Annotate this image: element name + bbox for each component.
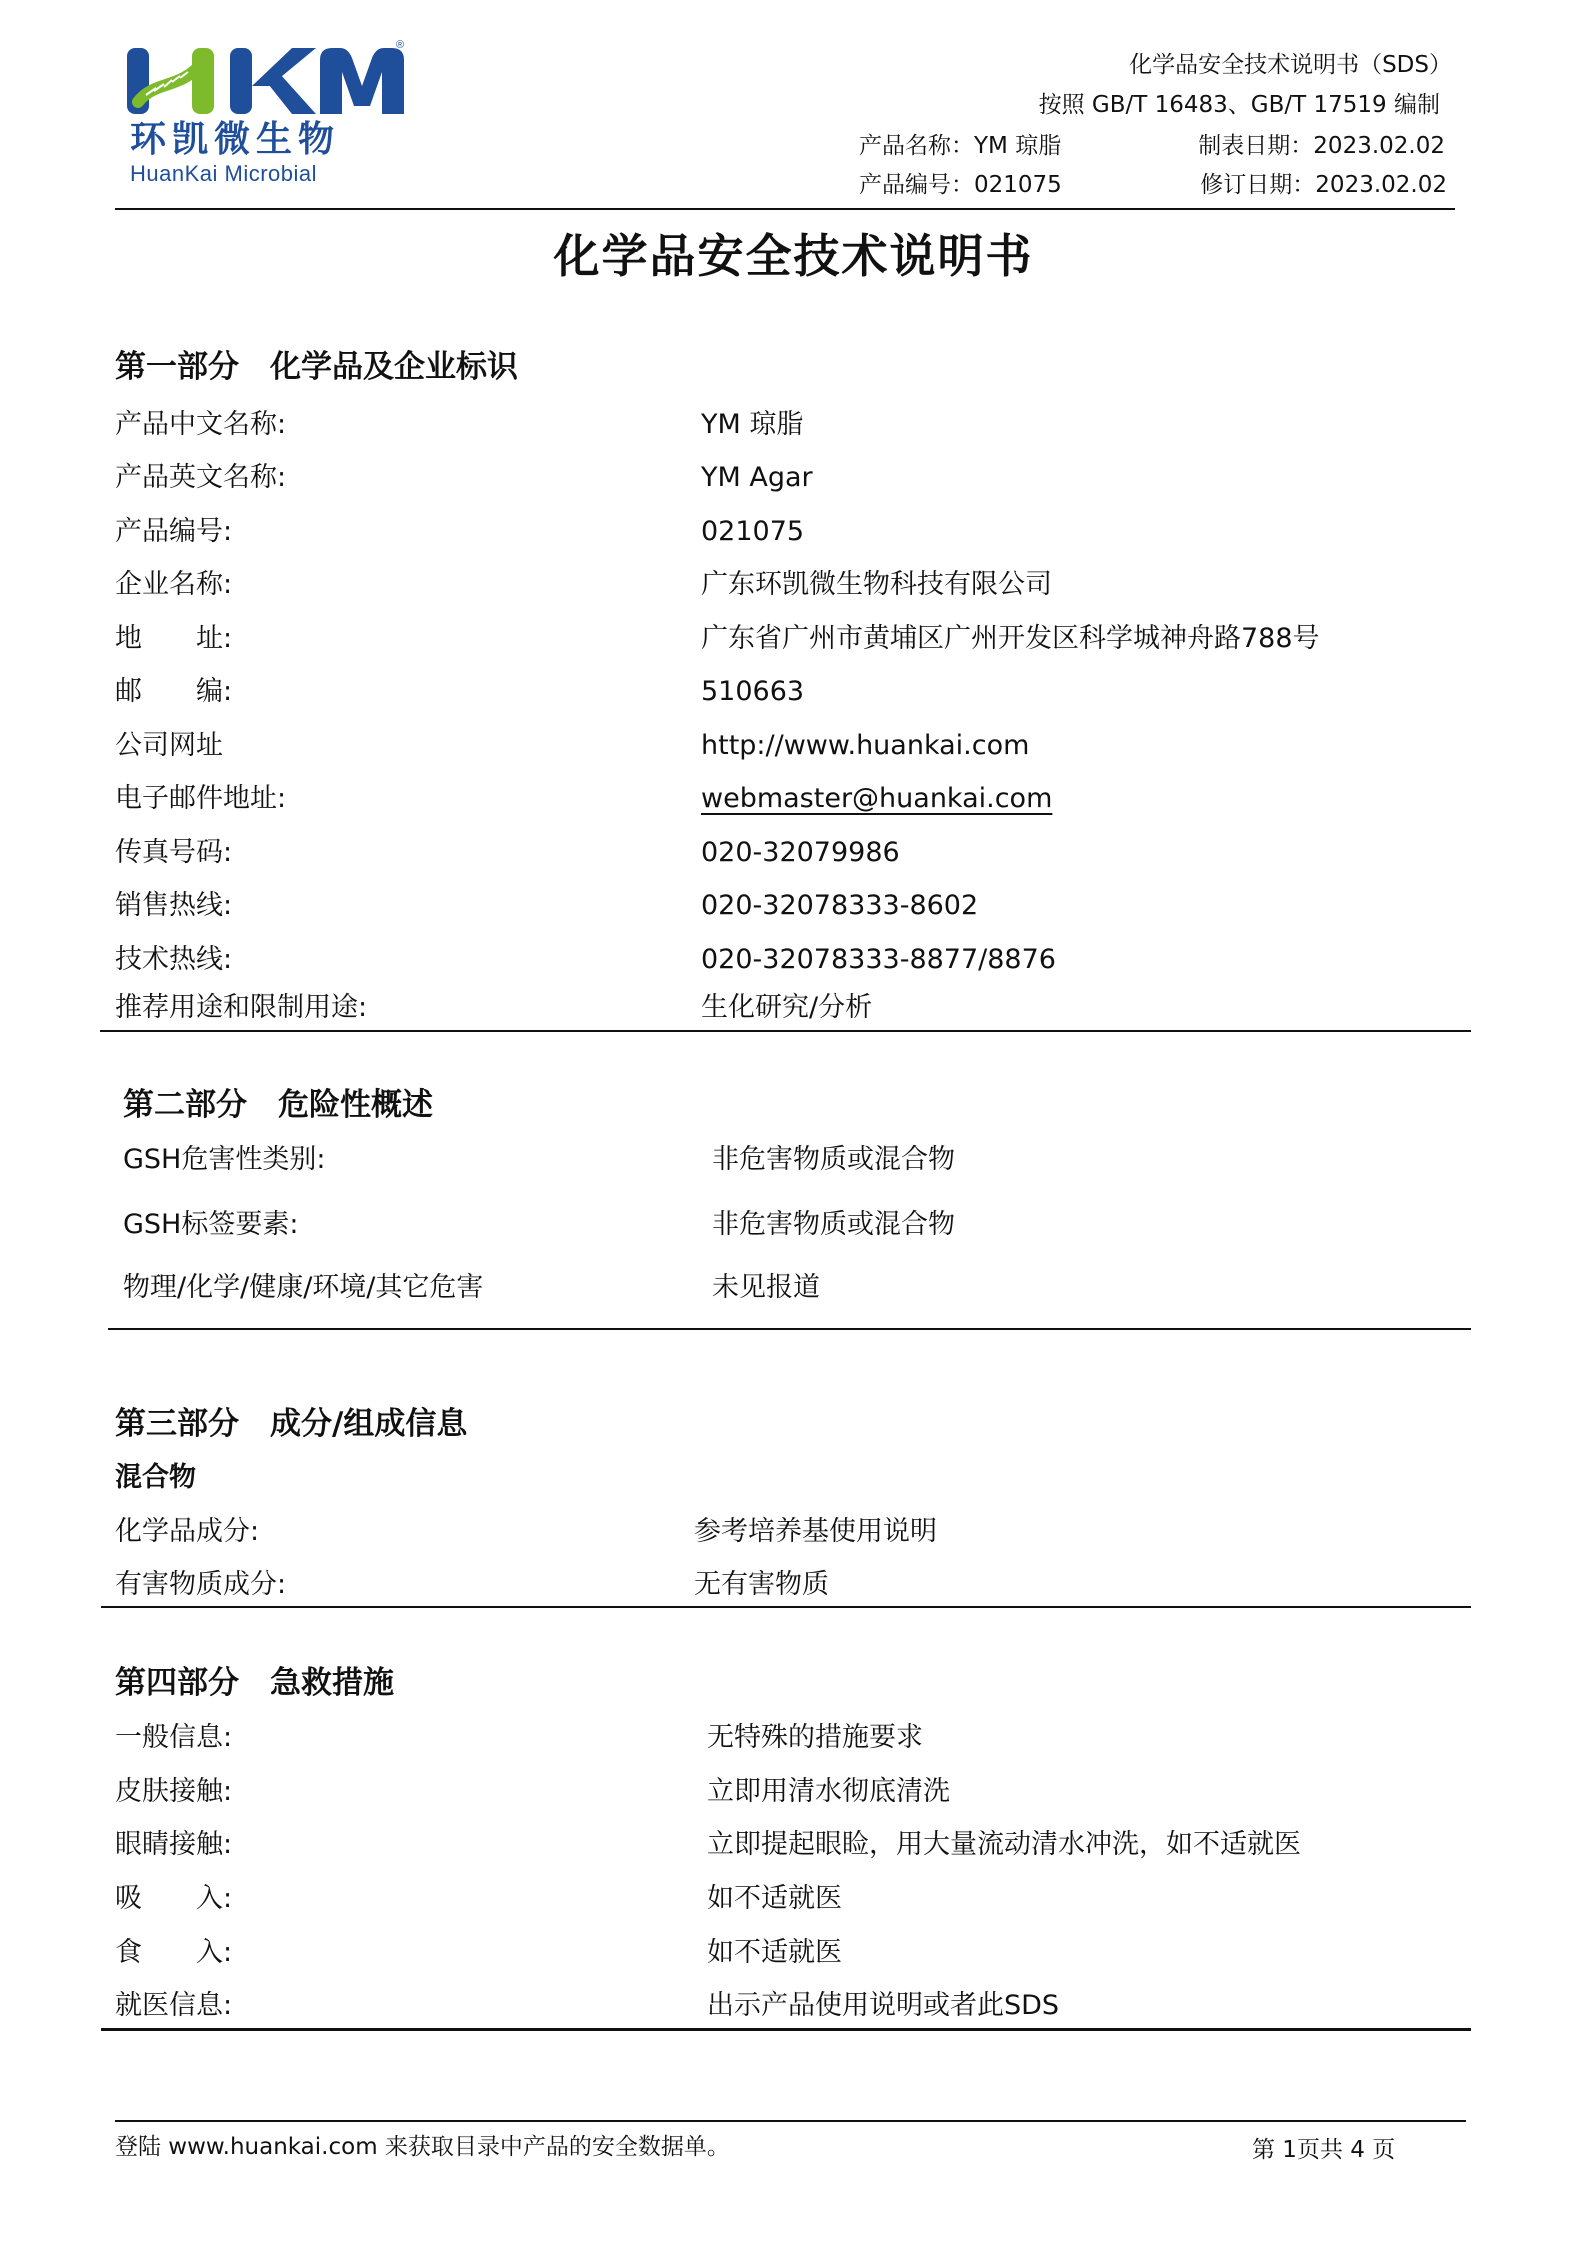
row-value: 510663	[701, 674, 804, 710]
row-label: 一般信息:	[115, 1720, 232, 1756]
row-value: 无有害物质	[694, 1567, 829, 1603]
row-label: 推荐用途和限制用途:	[115, 990, 367, 1026]
row-value: 非危害物质或混合物	[712, 1207, 955, 1243]
header-divider	[115, 208, 1455, 210]
product-code-label: 产品编号：	[859, 172, 974, 198]
section-3-title: 第三部分 成分/组成信息	[115, 1404, 467, 1444]
website-link[interactable]: http://www.huankai.com	[701, 728, 1029, 764]
row-value: 参考培养基使用说明	[694, 1514, 937, 1550]
standard-note: 按照 GB/T 16483、GB/T 17519 编制	[1039, 90, 1440, 120]
row-label: GSH标签要素:	[123, 1207, 298, 1243]
row-value: YM Agar	[701, 460, 813, 496]
row-value: 广东环凯微生物科技有限公司	[701, 567, 1052, 603]
row-label: 产品中文名称:	[115, 407, 286, 443]
row-value: 立即用清水彻底清洗	[707, 1774, 950, 1810]
created-date-label: 制表日期：	[1198, 133, 1313, 159]
header-product-code: 产品编号：021075	[859, 170, 1062, 200]
footer-note: 登陆 www.huankai.com 来获取目录中产品的安全数据单。	[115, 2132, 730, 2162]
row-label: GSH危害性类别:	[123, 1142, 325, 1178]
row-label: 技术热线:	[115, 942, 232, 978]
svg-text:®: ®	[396, 40, 404, 51]
row-label: 眼睛接触:	[115, 1827, 232, 1863]
row-label: 产品英文名称:	[115, 460, 286, 496]
section-1-title: 第一部分 化学品及企业标识	[115, 347, 518, 387]
row-value: 020-32079986	[701, 835, 900, 871]
row-value: 出示产品使用说明或者此SDS	[707, 1988, 1059, 2024]
section-1-divider	[100, 1030, 1471, 1032]
row-label: 销售热线:	[115, 888, 232, 924]
product-code-value: 021075	[974, 172, 1062, 198]
row-label: 有害物质成分:	[115, 1567, 286, 1603]
section-4-divider	[101, 2028, 1471, 2031]
created-date-value: 2023.02.02	[1313, 133, 1445, 159]
row-label: 化学品成分:	[115, 1514, 259, 1550]
row-label: 皮肤接触:	[115, 1774, 232, 1810]
logo-cn-name: 环凯微生物	[130, 120, 340, 160]
header-revised-date: 修订日期：2023.02.02	[1200, 170, 1447, 200]
row-value: 020-32078333-8602	[701, 888, 978, 924]
row-label: 产品编号:	[115, 514, 232, 550]
section-2-title: 第二部分 危险性概述	[123, 1085, 433, 1125]
row-value: 广东省广州市黄埔区广州开发区科学城神舟路788号	[701, 621, 1320, 657]
row-value: 非危害物质或混合物	[712, 1142, 955, 1178]
row-value: YM 琼脂	[701, 407, 803, 443]
section-3-divider	[101, 1606, 1471, 1608]
section-4-title: 第四部分 急救措施	[115, 1663, 394, 1703]
row-label: 就医信息:	[115, 1988, 232, 2024]
row-label: 地 址:	[115, 621, 232, 657]
section-3-subtitle: 混合物	[115, 1460, 196, 1496]
email-link[interactable]: webmaster@huankai.com	[701, 781, 1052, 817]
row-value: 021075	[701, 514, 804, 550]
row-label: 公司网址	[115, 728, 223, 764]
row-value: 如不适就医	[707, 1881, 842, 1917]
row-value: 无特殊的措施要求	[707, 1720, 923, 1756]
row-value: 未见报道	[712, 1270, 820, 1306]
row-label: 企业名称:	[115, 567, 232, 603]
row-label: 邮 编:	[115, 674, 232, 710]
row-label: 食 入:	[115, 1935, 232, 1971]
revised-date-value: 2023.02.02	[1315, 172, 1447, 198]
row-label: 传真号码:	[115, 835, 232, 871]
page-number: 第 1页共 4 页	[1252, 2135, 1395, 2165]
company-logo: ® 环凯微生物 HuanKai Microbial	[120, 40, 410, 190]
document-title: 化学品安全技术说明书	[0, 228, 1587, 284]
section-2-divider	[108, 1328, 1471, 1330]
doc-type: 化学品安全技术说明书（SDS）	[1129, 50, 1452, 80]
header-product-name: 产品名称：YM 琼脂	[859, 131, 1061, 161]
row-value: 如不适就医	[707, 1935, 842, 1971]
header-created-date: 制表日期：2023.02.02	[1198, 131, 1445, 161]
row-label: 物理/化学/健康/环境/其它危害	[123, 1270, 483, 1306]
revised-date-label: 修订日期：	[1200, 172, 1315, 198]
logo-en-name: HuanKai Microbial	[130, 161, 317, 187]
row-value: 立即提起眼睑，用大量流动清水冲洗，如不适就医	[707, 1827, 1301, 1863]
row-value: 生化研究/分析	[701, 990, 872, 1026]
hkm-logo-mark-icon: ®	[120, 40, 410, 120]
footer-divider	[115, 2120, 1466, 2122]
row-label: 电子邮件地址:	[115, 781, 286, 817]
row-value: 020-32078333-8877/8876	[701, 942, 1056, 978]
product-name-label: 产品名称：	[859, 133, 974, 159]
product-name-value: YM 琼脂	[974, 133, 1061, 159]
row-label: 吸 入:	[115, 1881, 232, 1917]
